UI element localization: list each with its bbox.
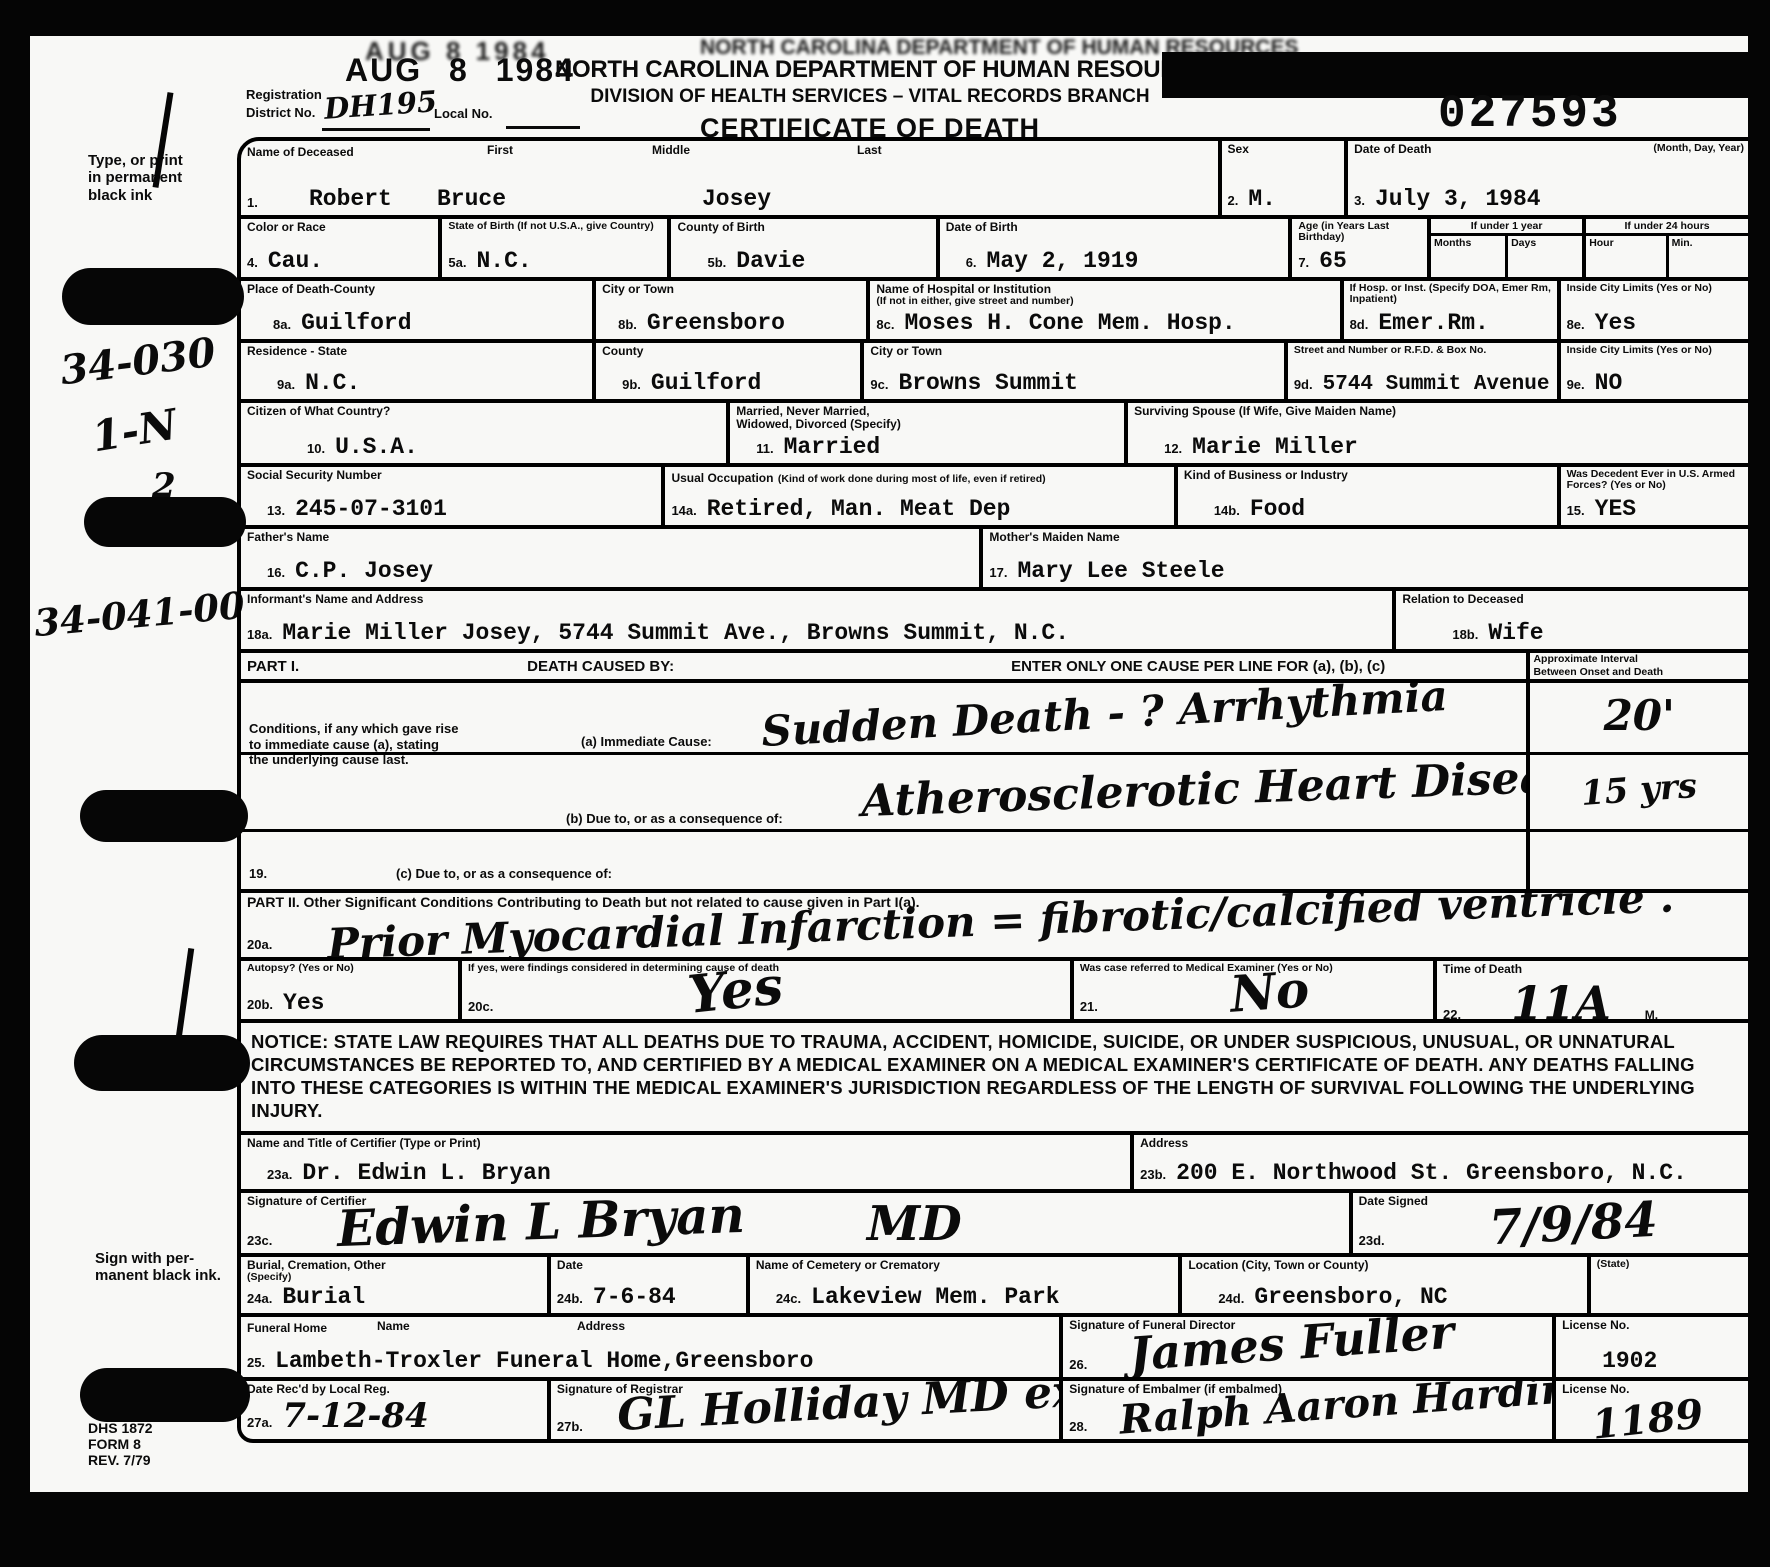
field-place-of-death-city: City or Town 8b.Greensboro: [592, 281, 866, 339]
field-date-signed: Date Signed 23d. 7/9/84: [1349, 1193, 1748, 1253]
field-certifier-address: Address 23b.200 E. Northwood St. Greensb…: [1130, 1135, 1748, 1189]
field-business-industry: Kind of Business or Industry 14b.Food: [1174, 467, 1557, 525]
interval-column: 20' 15 yrs: [1526, 683, 1748, 889]
redaction-blob-2: [84, 497, 246, 547]
field-inside-city-limits-death: Inside City Limits (Yes or No) 8e.Yes: [1557, 281, 1748, 339]
field-hospital-status: If Hosp. or Inst. (Specify DOA, Emer Rm,…: [1340, 281, 1557, 339]
field-date-of-birth: Date of Birth 6.May 2, 1919: [936, 219, 1289, 277]
row-place-of-death: Place of Death-County 8a.Guilford City o…: [241, 277, 1748, 339]
field-time-of-death: Time of Death 22. 11A M.: [1433, 961, 1748, 1019]
field-min: Min.: [1666, 236, 1748, 277]
row-residence: Residence - State 9a.N.C. County 9b.Guil…: [241, 339, 1748, 399]
field-informant: Informant's Name and Address 18a.Marie M…: [241, 591, 1392, 649]
cause-line-b: (b) Due to, or as a consequence of: Athe…: [241, 755, 1526, 833]
cause-a-handwriting: Sudden Death - ? Arrhythmia: [760, 683, 1449, 756]
part1-header: PART I. DEATH CAUSED BY: ENTER ONLY ONE …: [241, 649, 1748, 679]
cause-line-c: 19. (c) Due to, or as a consequence of:: [241, 832, 1526, 889]
field-cemetery: Name of Cemetery or Crematory 24c.Lakevi…: [746, 1257, 1179, 1313]
cause-of-death-area: Conditions, if any which gave rise to im…: [241, 683, 1526, 889]
field-date-received: Date Rec'd by Local Reg. 27a. 7-12-84: [241, 1381, 547, 1439]
part2-section: PART II. Other Significant Conditions Co…: [241, 889, 1748, 957]
type-in-ink-note: Type, or print in permanent black ink: [88, 152, 183, 204]
row-citizen-marital: Citizen of What Country? 10.U.S.A. Marri…: [241, 399, 1748, 463]
field-burial-method: Burial, Cremation, Other (Specify) 24a.B…: [241, 1257, 547, 1313]
field-inside-city-limits-residence: Inside City Limits (Yes or No) 9e.NO: [1557, 343, 1748, 399]
row-certifier-signature: Signature of Certifier 23c. Edwin L Brya…: [241, 1189, 1748, 1253]
date-received-stamp: AUG 8 1984: [345, 52, 575, 89]
field-usual-occupation: Usual Occupation (Kind of work done duri…: [661, 467, 1173, 525]
certificate-number: 027593: [1438, 88, 1622, 140]
redaction-blob-3: [80, 790, 248, 842]
field-state-of-birth: State of Birth (If not U.S.A., give Coun…: [438, 219, 667, 277]
certifier-signature-handwriting: Edwin L Bryan: [336, 1193, 746, 1253]
interval-header: Approximate Interval Between Onset and D…: [1526, 653, 1748, 679]
field-if-under-1-year: If under 1 year Months Days: [1427, 219, 1582, 277]
row-parents: Father's Name 16.C.P. Josey Mother's Mai…: [241, 525, 1748, 587]
field-findings-considered: If yes, were findings considered in dete…: [458, 961, 1070, 1019]
registration-district-label: Registration District No.: [246, 86, 322, 121]
local-no-label: Local No.: [434, 106, 493, 121]
field-surviving-spouse: Surviving Spouse (If Wife, Give Maiden N…: [1124, 403, 1748, 463]
field-marital-status: Married, Never Married, Widowed, Divorce…: [726, 403, 1124, 463]
interval-a-value: 20': [1604, 691, 1675, 740]
field-father-name: Father's Name 16.C.P. Josey: [241, 529, 979, 587]
field-burial-date: Date 24b.7-6-84: [547, 1257, 746, 1313]
redaction-blob-5: [80, 1368, 250, 1422]
field-place-of-death-county: Place of Death-County 8a.Guilford: [241, 281, 592, 339]
notice-text: NOTICE: STATE LAW REQUIRES THAT ALL DEAT…: [241, 1023, 1748, 1127]
field-date-of-death: Date of Death (Month, Day, Year) 3.July …: [1344, 141, 1748, 215]
field-hospital: Name of Hospital or Institution (If not …: [866, 281, 1339, 339]
field-name-of-deceased: Name of Deceased First Middle Last 1. Ro…: [241, 141, 1218, 215]
field-hour: Hour: [1586, 236, 1665, 277]
scan-border-top: [0, 0, 1770, 36]
field-registrar-signature: Signature of Registrar 27b. GL Holliday …: [547, 1381, 1059, 1439]
field-medical-examiner: Was case referred to Medical Examiner (Y…: [1070, 961, 1433, 1019]
part1-label: PART I.: [247, 658, 527, 675]
field-certifier-name: Name and Title of Certifier (Type or Pri…: [241, 1135, 1130, 1189]
registrar-handwriting: GL Holliday MD ex: [616, 1381, 1059, 1439]
document-header: NORTH CAROLINA DEPARTMENT OF HUMAN RESOU…: [555, 56, 1185, 144]
row-registrar: Date Rec'd by Local Reg. 27a. 7-12-84 Si…: [241, 1377, 1748, 1439]
form-id-note: DHS 1872 FORM 8 REV. 7/79: [88, 1420, 153, 1468]
findings-handwriting: Yes: [685, 961, 786, 1019]
part2-conditions: PART II. Other Significant Conditions Co…: [241, 893, 1748, 957]
date-received-handwriting: 7-12-84: [282, 1396, 429, 1436]
field-funeral-license: License No. 1902: [1552, 1317, 1748, 1377]
field-cemetery-location: Location (City, Town or County) 24d.Gree…: [1178, 1257, 1586, 1313]
field-if-under-24-hours: If under 24 hours Hour Min.: [1582, 219, 1748, 277]
row-burial: Burial, Cremation, Other (Specify) 24a.B…: [241, 1253, 1748, 1313]
funeral-director-handwriting: James Fuller: [1128, 1317, 1456, 1377]
certificate-form: Name of Deceased First Middle Last 1. Ro…: [237, 137, 1752, 1443]
part1-caused-by: DEATH CAUSED BY:: [527, 658, 1011, 675]
field-residence-street: Street and Number or R.F.D. & Box No. 9d…: [1284, 343, 1557, 399]
field-sex: Sex 2.M.: [1218, 141, 1345, 215]
row-certifier: Name and Title of Certifier (Type or Pri…: [241, 1131, 1748, 1189]
time-of-death-handwriting: 11A: [1511, 976, 1611, 1019]
field-embalmer-signature: Signature of Embalmer (if embalmed) 28. …: [1059, 1381, 1552, 1439]
field-autopsy: Autopsy? (Yes or No) 20b.Yes: [241, 961, 458, 1019]
field-armed-forces: Was Decedent Ever in U.S. Armed Forces? …: [1557, 467, 1748, 525]
examiner-handwriting: No: [1228, 961, 1311, 1019]
redaction-blob-1: [62, 268, 244, 325]
row-birth-info: Color or Race 4.Cau. State of Birth (If …: [241, 215, 1748, 277]
cause-b-handwriting: Atherosclerotic Heart Disease.: [860, 749, 1526, 826]
row-name-sex-dod: Name of Deceased First Middle Last 1. Ro…: [241, 141, 1748, 215]
row-notice: NOTICE: STATE LAW REQUIRES THAT ALL DEAT…: [241, 1019, 1748, 1131]
sign-in-ink-note: Sign with per- manent black ink.: [95, 1250, 221, 1285]
redaction-blob-4: [74, 1035, 250, 1091]
field-ssn: Social Security Number 13.245-07-3101: [241, 467, 661, 525]
part1-instruction: ENTER ONLY ONE CAUSE PER LINE FOR (a), (…: [1011, 658, 1385, 675]
field-mother-maiden-name: Mother's Maiden Name 17.Mary Lee Steele: [979, 529, 1748, 587]
field-county-of-birth: County of Birth 5b.Davie: [667, 219, 935, 277]
field-cemetery-state: (State): [1587, 1257, 1748, 1313]
scan-border-bottom: [0, 1492, 1770, 1567]
scanned-death-certificate: AUG 8 1984 NORTH CAROLINA DEPARTMENT OF …: [0, 0, 1770, 1567]
row-funeral-home: Funeral Home Name Address 25.Lambeth-Tro…: [241, 1313, 1748, 1377]
certifier-signature-suffix: MD: [867, 1196, 962, 1252]
row-autopsy: Autopsy? (Yes or No) 20b.Yes If yes, wer…: [241, 957, 1748, 1019]
embalmer-license-handwriting: 1189: [1590, 1390, 1706, 1439]
field-funeral-home: Funeral Home Name Address 25.Lambeth-Tro…: [241, 1317, 1059, 1377]
field-residence-county: County 9b.Guilford: [592, 343, 860, 399]
department-line2: DIVISION OF HEALTH SERVICES – VITAL RECO…: [555, 86, 1185, 108]
field-funeral-director-signature: Signature of Funeral Director 26. James …: [1059, 1317, 1552, 1377]
department-line1: NORTH CAROLINA DEPARTMENT OF HUMAN RESOU…: [555, 56, 1185, 84]
field-relation-to-deceased: Relation to Deceased 18b.Wife: [1392, 591, 1748, 649]
scan-border-left: [0, 0, 30, 1567]
field-certifier-signature: Signature of Certifier 23c. Edwin L Brya…: [241, 1193, 1349, 1253]
part1-body: Conditions, if any which gave rise to im…: [241, 679, 1748, 889]
cause-line-a: (a) Immediate Cause: Sudden Death - ? Ar…: [241, 683, 1526, 755]
field-age: Age (in Years Last Birthday) 7.65: [1288, 219, 1427, 277]
interval-b-value: 15 yrs: [1579, 751, 1700, 829]
field-months: Months: [1431, 236, 1505, 277]
field-residence-state: Residence - State 9a.N.C.: [241, 343, 592, 399]
field-days: Days: [1505, 236, 1582, 277]
scan-border-right: [1748, 0, 1770, 1567]
row-informant: Informant's Name and Address 18a.Marie M…: [241, 587, 1748, 649]
district-underline: [322, 128, 430, 131]
field-residence-city: City or Town 9c.Browns Summit: [860, 343, 1283, 399]
field-color-or-race: Color or Race 4.Cau.: [241, 219, 438, 277]
field-citizen-of: Citizen of What Country? 10.U.S.A.: [241, 403, 726, 463]
field-embalmer-license: License No. 1189: [1552, 1381, 1748, 1439]
row-ssn-occupation: Social Security Number 13.245-07-3101 Us…: [241, 463, 1748, 525]
date-signed-handwriting: 7/9/84: [1487, 1193, 1658, 1253]
